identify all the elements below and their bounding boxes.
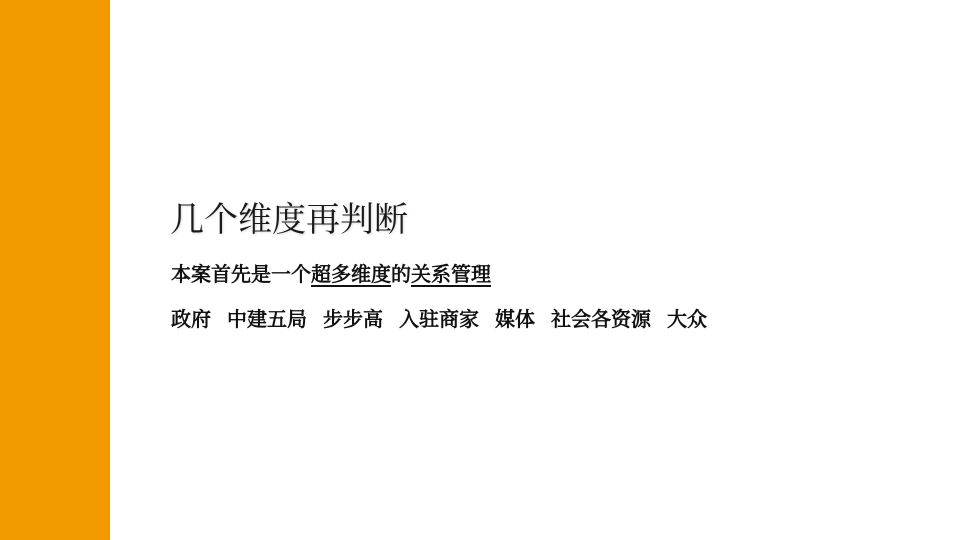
stakeholder-item: 中建五局 [227, 307, 307, 331]
slide-title: 几个维度再判断 [170, 198, 408, 242]
subtitle-emphasis-relationship: 关系管理 [411, 262, 491, 286]
stakeholder-item: 大众 [667, 307, 707, 331]
stakeholder-item: 入驻商家 [399, 307, 479, 331]
subtitle-middle: 的 [391, 262, 411, 286]
subtitle-emphasis-dimensions: 超多维度 [311, 262, 391, 286]
slide-subtitle: 本案首先是一个超多维度的关系管理 [171, 260, 491, 288]
accent-side-bar [0, 0, 110, 540]
stakeholder-item: 社会各资源 [551, 307, 651, 331]
stakeholder-item: 步步高 [323, 307, 383, 331]
stakeholder-item: 政府 [171, 307, 211, 331]
stakeholder-list: 政府中建五局步步高入驻商家媒体社会各资源大众 [171, 305, 723, 333]
subtitle-prefix: 本案首先是一个 [171, 262, 311, 286]
stakeholder-item: 媒体 [495, 307, 535, 331]
